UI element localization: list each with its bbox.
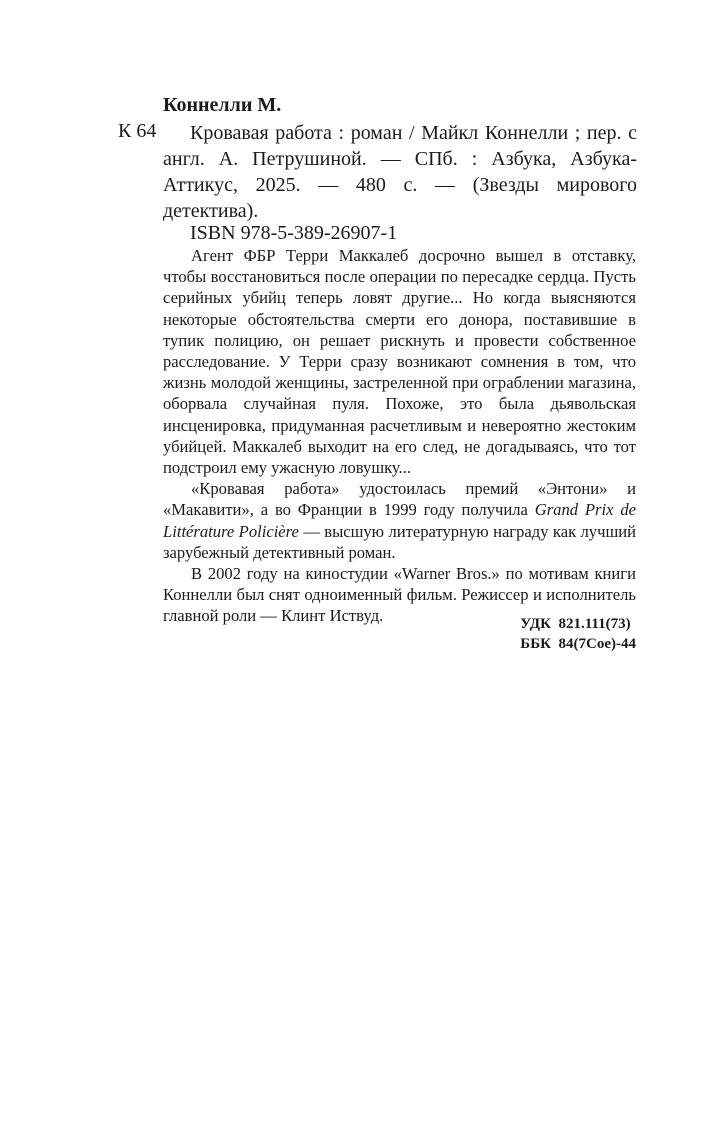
bbk-row: ББК 84(7Сое)-44 [520,634,636,654]
annotation: Агент ФБР Терри Маккалеб досрочно вышел … [163,245,636,627]
author-code: К 64 [118,120,156,143]
isbn: ISBN 978-5-389-26907-1 [190,222,397,245]
bbk-value: 84(7Сое)-44 [559,636,636,652]
udk-row: УДК 821.111(73) [520,614,636,634]
udk-value: 821.111(73) [559,616,631,632]
bbk-label: ББК [520,636,551,652]
author-heading: Коннелли М. [163,94,281,117]
annotation-paragraph-2: «Кровавая работа» удостоилась премий «Эн… [163,478,636,563]
bibliographic-description: Кровавая работа : роман / Майкл Коннелли… [163,120,637,224]
classification-codes: УДК 821.111(73) ББК 84(7Сое)-44 [520,614,636,654]
annotation-paragraph-1: Агент ФБР Терри Маккалеб досрочно вышел … [163,245,636,478]
udk-label: УДК [520,616,551,632]
